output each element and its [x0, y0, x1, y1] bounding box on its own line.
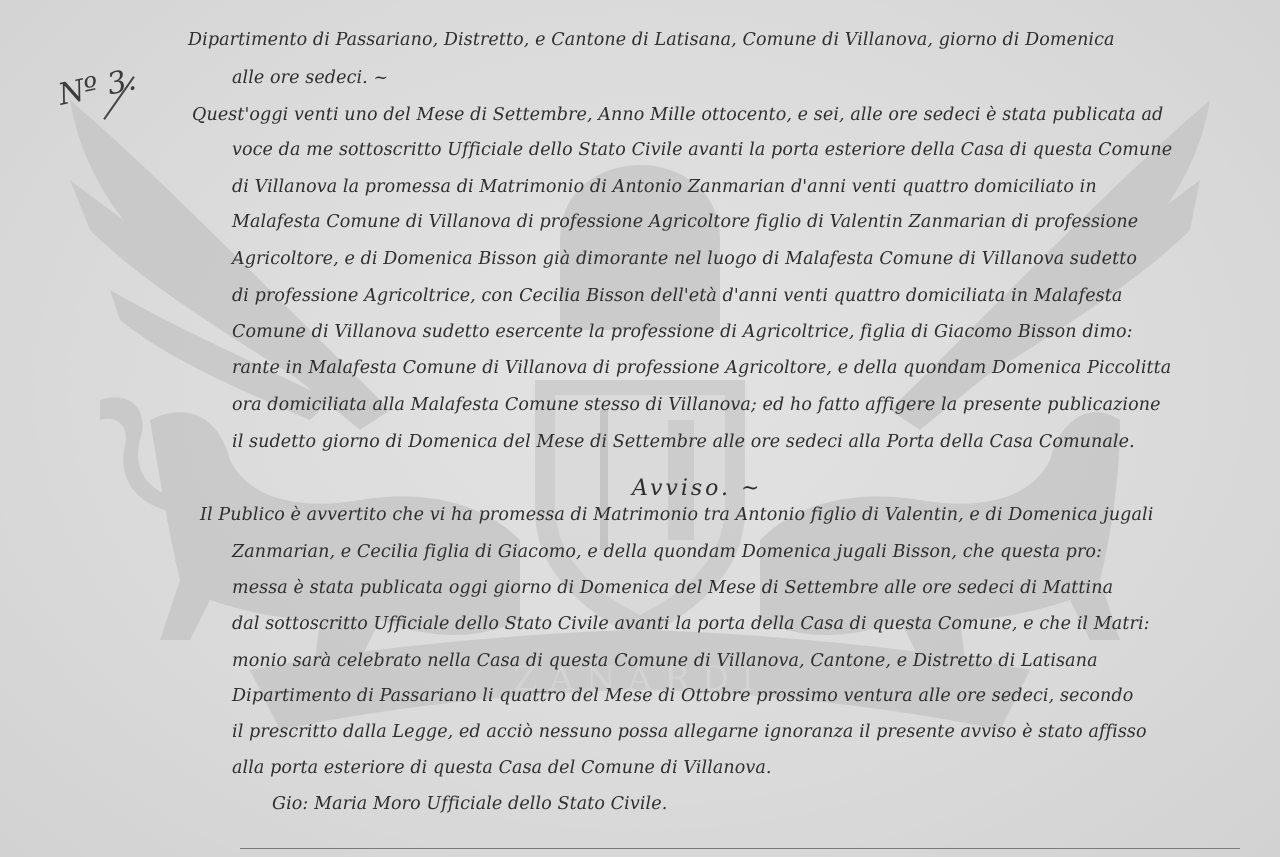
signature: Gio: Maria Moro Ufficiale dello Stato Ci…	[272, 794, 667, 814]
header-line: alle ore sedeci. ~	[232, 68, 388, 88]
body-line: il sudetto giorno di Domenica del Mese d…	[232, 432, 1135, 452]
avviso-line: Il Publico è avvertito che vi ha promess…	[200, 505, 1153, 525]
body-line: di professione Agricoltrice, con Cecilia…	[232, 286, 1122, 306]
avviso-line: Zanmarian, e Cecilia figlia di Giacomo, …	[232, 542, 1102, 562]
body-line: di Villanova la promessa di Matrimonio d…	[232, 177, 1097, 197]
avviso-line: il prescritto dalla Legge, ed acciò ness…	[232, 722, 1147, 742]
body-line: ora domiciliata alla Malafesta Comune st…	[232, 395, 1161, 415]
avviso-line: dal sottoscritto Ufficiale dello Stato C…	[232, 614, 1150, 634]
bottom-rule	[240, 848, 1240, 849]
body-line: Malafesta Comune di Villanova di profess…	[232, 212, 1138, 232]
avviso-line: Dipartimento di Passariano li quattro de…	[232, 686, 1133, 706]
body-line: Agricoltore, e di Domenica Bisson già di…	[232, 249, 1137, 269]
body-line: Comune di Villanova sudetto esercente la…	[232, 322, 1133, 342]
avviso-heading: Avviso. ~	[632, 476, 762, 501]
avviso-line: monio sarà celebrato nella Casa di quest…	[232, 651, 1098, 671]
body-line: Quest'oggi venti uno del Mese di Settemb…	[192, 105, 1163, 125]
document-page: ZANARDI Nº 3. Dipartimento di Passariano…	[0, 0, 1280, 857]
body-line: rante in Malafesta Comune di Villanova d…	[232, 358, 1171, 378]
avviso-line: alla porta esteriore di questa Casa del …	[232, 758, 772, 778]
header-line: Dipartimento di Passariano, Distretto, e…	[188, 30, 1115, 50]
avviso-line: messa è stata publicata oggi giorno di D…	[232, 578, 1113, 598]
body-line: voce da me sottoscritto Ufficiale dello …	[232, 140, 1172, 160]
